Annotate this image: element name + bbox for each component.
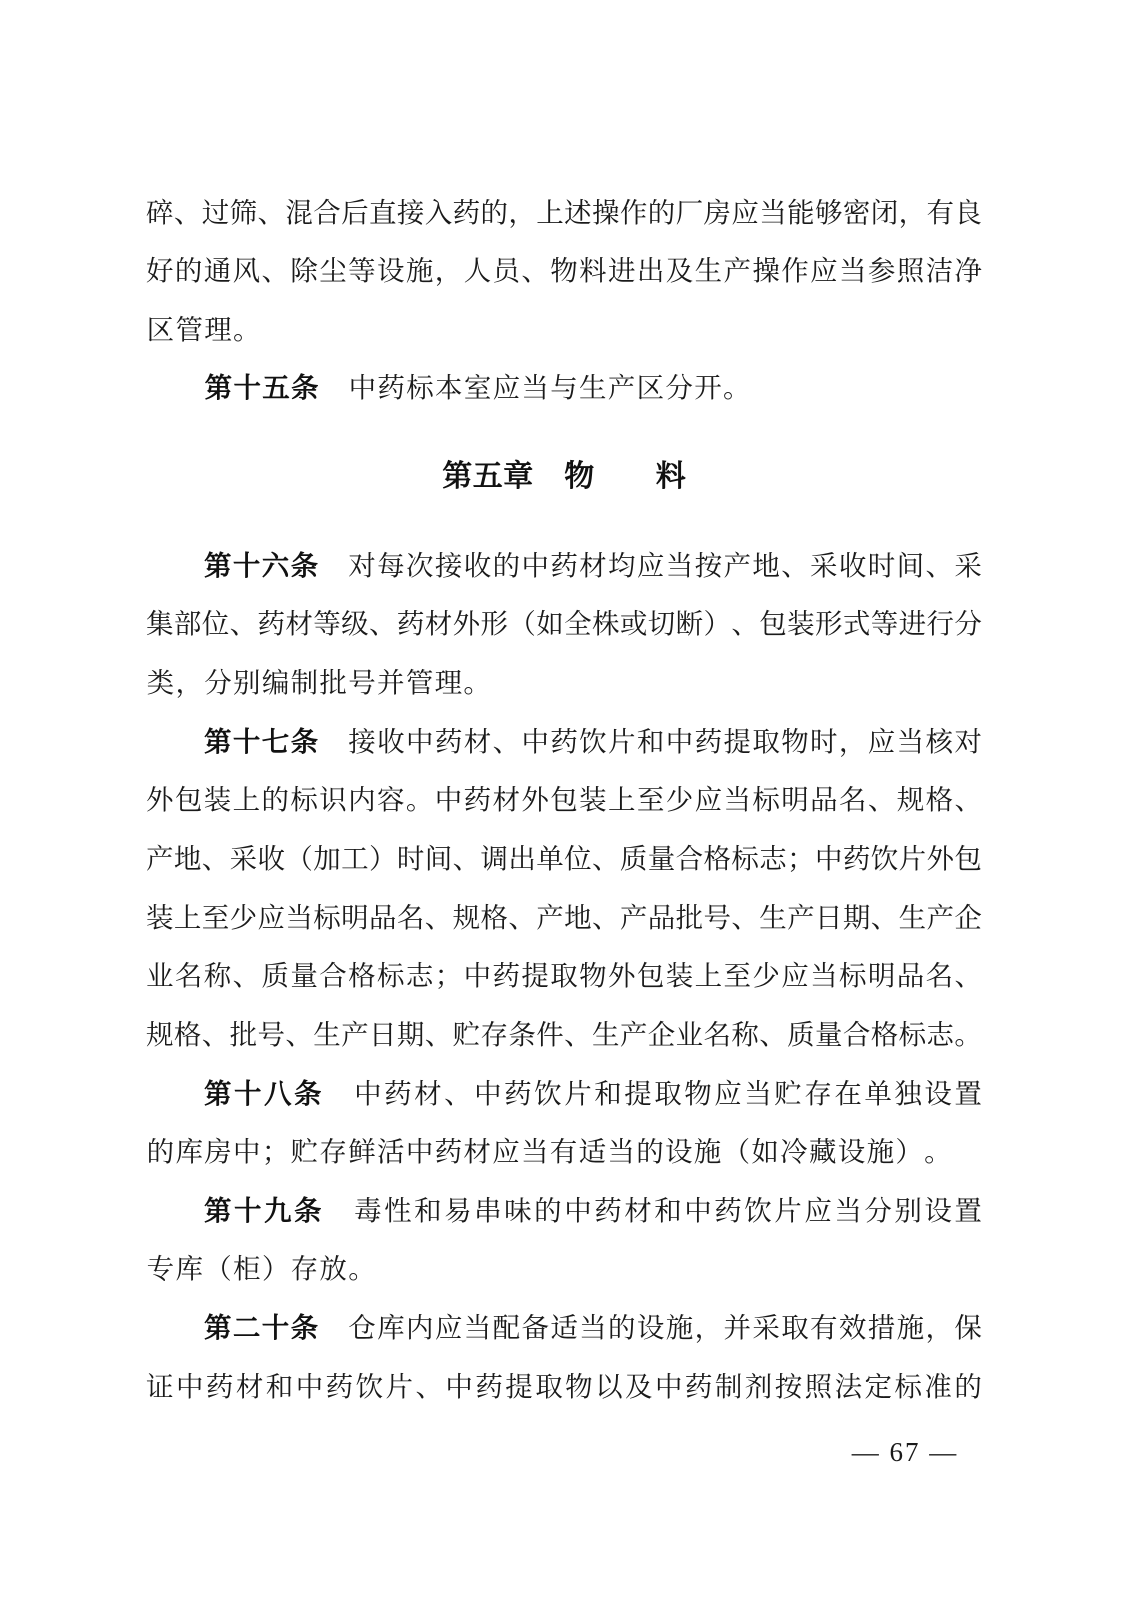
glyph: 收: [464, 552, 492, 580]
glyph: 应: [637, 552, 665, 580]
glyph: 日: [369, 1021, 397, 1049]
glyph: 、: [868, 786, 896, 814]
glyph: 外: [521, 786, 549, 814]
glyph: 或: [620, 610, 648, 638]
glyph: 地: [174, 845, 202, 873]
glyph: 料: [579, 257, 607, 285]
glyph: 至: [637, 786, 665, 814]
glyph: 材: [285, 610, 313, 638]
glyph: 尘: [319, 257, 347, 285]
glyph: 物: [684, 1080, 712, 1108]
glyph: 应: [492, 374, 521, 402]
glyph: 生: [592, 1021, 620, 1049]
text-line-9: 第十七条接收中药材、中药饮片和中药提取物时，应当核对: [146, 712, 982, 771]
glyph: 条: [291, 728, 319, 756]
glyph: 饮: [534, 1080, 562, 1108]
glyph: 药: [475, 1373, 503, 1401]
glyph: 洁: [926, 257, 954, 285]
glyph: 十: [262, 1314, 290, 1342]
glyph: 。: [348, 1255, 377, 1283]
glyph: 物: [550, 257, 578, 285]
glyph: 分: [204, 669, 233, 697]
glyph: 产: [620, 1021, 648, 1049]
glyph: 片: [386, 1373, 414, 1401]
glyph: 条: [291, 1314, 319, 1342]
glyph: 当: [579, 1314, 607, 1342]
glyph: 格: [704, 845, 732, 873]
glyph: ，: [695, 1314, 723, 1342]
glyph: 串: [474, 1197, 502, 1225]
glyph: 设: [637, 1314, 665, 1342]
glyph: 格: [871, 1021, 899, 1049]
glyph: 的: [175, 257, 203, 285]
glyph: 中: [521, 552, 549, 580]
glyph: 量: [290, 962, 318, 990]
glyph: 时: [868, 552, 896, 580]
glyph: 规: [453, 904, 481, 932]
glyph: 当: [285, 904, 313, 932]
glyph: 规: [897, 786, 925, 814]
glyph: 标: [731, 845, 759, 873]
glyph: 取: [654, 1080, 682, 1108]
glyph: 进: [608, 257, 636, 285]
glyph: 当: [521, 374, 550, 402]
glyph: 等: [348, 257, 376, 285]
glyph: 批: [230, 1021, 258, 1049]
glyph: 次: [406, 552, 434, 580]
glyph: 药: [685, 1373, 713, 1401]
glyph: 。: [954, 1021, 982, 1049]
glyph: 中: [564, 1197, 592, 1225]
glyph: 药: [397, 610, 425, 638]
glyph: 企: [954, 904, 982, 932]
glyph: 加: [313, 845, 341, 873]
glyph: 以: [595, 1373, 623, 1401]
glyph: 库: [175, 1255, 204, 1283]
text-line-11: 产地、采收（加工）时间、调出单位、质量合格标志；中药饮片外包: [146, 829, 982, 888]
glyph: 适: [550, 1314, 578, 1342]
glyph: 地: [564, 904, 592, 932]
glyph: 生: [899, 904, 927, 932]
glyph: 质: [262, 962, 290, 990]
glyph: 设: [924, 1080, 952, 1108]
glyph: 药: [435, 728, 463, 756]
glyph: 的: [481, 199, 509, 227]
glyph: 物: [579, 962, 607, 990]
glyph: 分: [665, 374, 694, 402]
glyph: 材: [425, 610, 453, 638]
glyph: 、: [202, 845, 230, 873]
glyph: 药: [493, 962, 521, 990]
glyph: 品: [897, 962, 925, 990]
glyph: 述: [564, 199, 592, 227]
text-line-6: 第十六条对每次接收的中药材均应当按产地、采收时间、采: [146, 536, 982, 595]
glyph: 的: [954, 1373, 982, 1401]
glyph: 内: [406, 1314, 434, 1342]
glyph: 生: [695, 257, 723, 285]
glyph: 中: [296, 1373, 324, 1401]
glyph: 对: [348, 552, 376, 580]
glyph: 、: [731, 610, 759, 638]
glyph: 、: [731, 904, 759, 932]
glyph: 别: [894, 1197, 922, 1225]
glyph: 产: [723, 552, 751, 580]
glyph: 少: [666, 786, 694, 814]
glyph: 分: [864, 1197, 892, 1225]
glyph: 的: [146, 1138, 175, 1166]
glyph: 中: [232, 1138, 261, 1166]
glyph: 中: [815, 845, 843, 873]
text-line-17: 第十九条毒性和易串味的中药材和中药饮片应当分别设置: [146, 1181, 982, 1240]
text-line-10: 外包装上的标识内容。中药材外包装上至少应当标明品名、规格、: [146, 771, 982, 830]
glyph: 采: [954, 552, 982, 580]
glyph: 进: [899, 610, 927, 638]
glyph: 期: [843, 904, 871, 932]
glyph: 至: [202, 904, 230, 932]
glyph: 药: [326, 1373, 354, 1401]
glyph: 备: [521, 1314, 549, 1342]
glyph: 的: [262, 786, 290, 814]
glyph: 房: [204, 1138, 233, 1166]
glyph: 第: [204, 552, 232, 580]
glyph: 包: [954, 845, 982, 873]
glyph: 间: [897, 552, 925, 580]
glyph: 位: [202, 610, 230, 638]
glyph: 上: [695, 962, 723, 990]
glyph: 饮: [356, 1373, 384, 1401]
glyph: 装: [204, 786, 232, 814]
text-line-2: 好的通风、除尘等设施，人员、物料进出及生产操作应当参照洁净: [146, 242, 982, 301]
glyph: 药: [258, 610, 286, 638]
glyph: 、: [453, 845, 481, 873]
glyph: 采: [810, 552, 838, 580]
glyph: 法: [835, 1373, 863, 1401]
glyph: 生: [313, 1021, 341, 1049]
glyph: 中: [435, 786, 463, 814]
page-number: — 67 —: [845, 1437, 965, 1468]
glyph: 药: [594, 1197, 622, 1225]
glyph: 应: [804, 1197, 832, 1225]
glyph: 密: [843, 199, 871, 227]
glyph: 药: [695, 728, 723, 756]
glyph: 材: [236, 1373, 264, 1401]
glyph: 格: [174, 1021, 202, 1049]
glyph: 按: [775, 1373, 803, 1401]
glyph: 设: [377, 257, 405, 285]
glyph: 名: [704, 1021, 732, 1049]
glyph: 取: [781, 1314, 809, 1342]
glyph: 药: [550, 728, 578, 756]
glyph: 理: [204, 316, 233, 344]
glyph: 株: [592, 610, 620, 638]
glyph: 配: [493, 1314, 521, 1342]
glyph: 照: [805, 1373, 833, 1401]
glyph: 均: [608, 552, 636, 580]
glyph: 、: [592, 904, 620, 932]
glyph: 作: [620, 199, 648, 227]
glyph: 味: [504, 1197, 532, 1225]
glyph: 提: [521, 962, 549, 990]
glyph: 品: [369, 904, 397, 932]
glyph: 标: [894, 1373, 922, 1401]
glyph: 取: [752, 728, 780, 756]
glyph: 时: [810, 728, 838, 756]
glyph: 施: [693, 1138, 722, 1166]
glyph: 材: [624, 1197, 652, 1225]
glyph: 志: [406, 962, 434, 990]
glyph: 少: [752, 962, 780, 990]
glyph: 应: [435, 1314, 463, 1342]
glyph: 对: [954, 728, 982, 756]
text-line-12: 装上至少应当标明品名、规格、产地、产品批号、生产日期、生产企: [146, 888, 982, 947]
glyph: 标: [377, 962, 405, 990]
glyph: 、: [781, 552, 809, 580]
glyph: 证: [146, 1373, 174, 1401]
glyph: 内: [348, 786, 376, 814]
glyph: 第: [204, 374, 233, 402]
glyph: 条: [290, 374, 319, 402]
glyph: 的: [636, 1138, 665, 1166]
glyph: ；: [435, 962, 463, 990]
glyph: 存: [319, 1138, 348, 1166]
glyph: 标: [313, 904, 341, 932]
glyph: 。: [232, 316, 261, 344]
glyph: 接: [348, 728, 376, 756]
glyph: 、: [508, 904, 536, 932]
glyph: 少: [230, 904, 258, 932]
glyph: ，: [175, 669, 204, 697]
text-line-3: 区管理。: [146, 300, 982, 359]
glyph: 产: [620, 904, 648, 932]
glyph: 饮: [871, 845, 899, 873]
glyph: 贮: [290, 1138, 319, 1166]
glyph: 第: [204, 728, 232, 756]
glyph: 位: [564, 845, 592, 873]
glyph: 并: [376, 669, 405, 697]
glyph: 、: [202, 1021, 230, 1049]
glyph: 当: [839, 257, 867, 285]
glyph: 上: [608, 786, 636, 814]
glyph: 作: [781, 257, 809, 285]
glyph: 混: [285, 199, 313, 227]
glyph: 取: [535, 1373, 563, 1401]
glyph: 良: [954, 199, 982, 227]
glyph: 能: [787, 199, 815, 227]
glyph: 制: [715, 1373, 743, 1401]
glyph: 取: [550, 962, 578, 990]
glyph: 、: [262, 257, 290, 285]
glyph: 六: [262, 552, 290, 580]
glyph: 当: [834, 1197, 862, 1225]
glyph: 间: [425, 845, 453, 873]
glyph: 碎: [146, 199, 174, 227]
text-line-19: 第二十条仓库内应当配备适当的设施，并采取有效措施，保: [146, 1299, 982, 1358]
glyph: 时: [397, 845, 425, 873]
glyph: 片: [608, 728, 636, 756]
glyph: 和: [654, 1197, 682, 1225]
glyph: 、: [493, 728, 521, 756]
glyph: 贮: [774, 1080, 802, 1108]
glyph: 设: [837, 1138, 866, 1166]
glyph: 区: [146, 316, 175, 344]
glyph: 类: [146, 669, 175, 697]
glyph: 企: [648, 1021, 676, 1049]
glyph: 区: [636, 374, 665, 402]
glyph: 装: [787, 610, 815, 638]
text-line-14: 规格、批号、生产日期、贮存条件、生产企业名称、质量合格标志。: [146, 1005, 982, 1064]
glyph: 条: [291, 552, 319, 580]
glyph: 有: [810, 1314, 838, 1342]
glyph: 材: [414, 1080, 442, 1108]
glyph: 地: [752, 552, 780, 580]
glyph: 外: [453, 610, 481, 638]
glyph: 和: [637, 728, 665, 756]
glyph: 外: [927, 845, 955, 873]
glyph: 格: [481, 904, 509, 932]
glyph: 装: [579, 786, 607, 814]
glyph: 冷: [780, 1138, 809, 1166]
glyph: 室: [463, 374, 492, 402]
glyph: 应: [695, 786, 723, 814]
glyph: 日: [815, 904, 843, 932]
glyph: ）: [704, 610, 732, 638]
glyph: 品: [810, 786, 838, 814]
glyph: 标: [406, 374, 435, 402]
text-block: 碎、过筛、混合后直接入药的，上述操作的厂房应当能够密闭，有良好的通风、除尘等设施…: [146, 183, 982, 1416]
glyph: 包: [550, 786, 578, 814]
glyph: 鲜: [348, 1138, 377, 1166]
glyph: 片: [899, 845, 927, 873]
glyph: 号: [704, 904, 732, 932]
glyph: ）: [895, 1138, 924, 1166]
glyph: 称: [731, 1021, 759, 1049]
glyph: 当: [744, 1080, 772, 1108]
glyph: 易: [444, 1197, 472, 1225]
glyph: 照: [897, 257, 925, 285]
glyph: 的: [648, 199, 676, 227]
glyph: 核: [925, 728, 953, 756]
glyph: 第: [204, 1314, 232, 1342]
glyph: 产: [927, 904, 955, 932]
glyph: 产: [724, 257, 752, 285]
glyph: 上: [174, 904, 202, 932]
glyph: 存: [804, 1080, 832, 1108]
glyph: ）: [261, 1255, 290, 1283]
glyph: 效: [839, 1314, 867, 1342]
glyph: 识: [319, 786, 347, 814]
glyph: 五: [262, 374, 291, 402]
glyph: 人: [464, 257, 492, 285]
glyph: 形: [481, 610, 509, 638]
glyph: 材: [463, 1138, 492, 1166]
glyph: 名: [926, 962, 954, 990]
text-line-7: 集部位、药材等级、药材外形（如全株或切断）、包装形式等进行分: [146, 595, 982, 654]
glyph: 十: [233, 552, 261, 580]
glyph: 调: [481, 845, 509, 873]
glyph: 药: [434, 1138, 463, 1166]
glyph: 生: [578, 374, 607, 402]
glyph: 药: [714, 1197, 742, 1225]
glyph: 批: [319, 669, 348, 697]
text-line-20: 证中药材和中药饮片、中药提取物以及中药制剂按照法定标准的: [146, 1357, 982, 1416]
glyph: 直: [369, 199, 397, 227]
glyph: 十: [233, 728, 261, 756]
glyph: 志: [927, 1021, 955, 1049]
glyph: 在: [834, 1080, 862, 1108]
glyph: 并: [723, 1314, 751, 1342]
glyph: 标: [290, 786, 318, 814]
glyph: 收: [377, 728, 405, 756]
text-line-1: 碎、过筛、混合后直接入药的，上述操作的厂房应当能够密闭，有良: [146, 183, 982, 242]
glyph: 、: [759, 1021, 787, 1049]
glyph: ；: [261, 1138, 290, 1166]
glyph: 外: [608, 962, 636, 990]
glyph: 有: [549, 1138, 578, 1166]
glyph: 中: [406, 728, 434, 756]
glyph: 的: [493, 552, 521, 580]
glyph: 产: [787, 904, 815, 932]
glyph: 十: [234, 1080, 262, 1108]
glyph: 编: [261, 669, 290, 697]
glyph: 产: [341, 1021, 369, 1049]
glyph: 出: [637, 257, 665, 285]
glyph: 明: [341, 904, 369, 932]
glyph: 和: [414, 1197, 442, 1225]
glyph: 二: [233, 1314, 261, 1342]
glyph: 合: [313, 199, 341, 227]
glyph: 格: [926, 786, 954, 814]
glyph: 装: [666, 962, 694, 990]
glyph: 如: [536, 610, 564, 638]
glyph: 、: [444, 1080, 472, 1108]
glyph: 应: [714, 1080, 742, 1108]
glyph: 应: [731, 199, 759, 227]
glyph: 合: [676, 845, 704, 873]
glyph: 片: [564, 1080, 592, 1108]
glyph: 五: [473, 462, 504, 492]
glyph: 剂: [745, 1373, 773, 1401]
glyph: 施: [406, 257, 434, 285]
glyph: 条: [294, 1080, 322, 1108]
glyph: 与: [550, 374, 579, 402]
glyph: 应: [492, 1138, 521, 1166]
glyph: 接: [435, 552, 463, 580]
glyph: 饮: [579, 728, 607, 756]
glyph: 标: [752, 786, 780, 814]
glyph: 、: [564, 1021, 592, 1049]
glyph: 物: [781, 728, 809, 756]
glyph: 设: [664, 1138, 693, 1166]
text-line-4: 第十五条中药标本室应当与生产区分开。: [146, 359, 982, 418]
glyph: 别: [232, 669, 261, 697]
glyph: 当: [759, 199, 787, 227]
glyph: 制: [290, 669, 319, 697]
glyph: 库: [377, 1314, 405, 1342]
glyph: 如: [751, 1138, 780, 1166]
glyph: 柜: [232, 1255, 261, 1283]
glyph: 等: [871, 610, 899, 638]
glyph: 措: [868, 1314, 896, 1342]
glyph: 毒: [354, 1197, 382, 1225]
glyph: 单: [864, 1080, 892, 1108]
glyph: 集: [146, 610, 174, 638]
glyph: 条: [294, 1197, 322, 1225]
glyph: 收: [258, 845, 286, 873]
glyph: ；: [787, 845, 815, 873]
glyph: 中: [684, 1197, 712, 1225]
text-line-18: 专库（柜）存放。: [146, 1240, 982, 1299]
glyph: 包: [175, 786, 203, 814]
